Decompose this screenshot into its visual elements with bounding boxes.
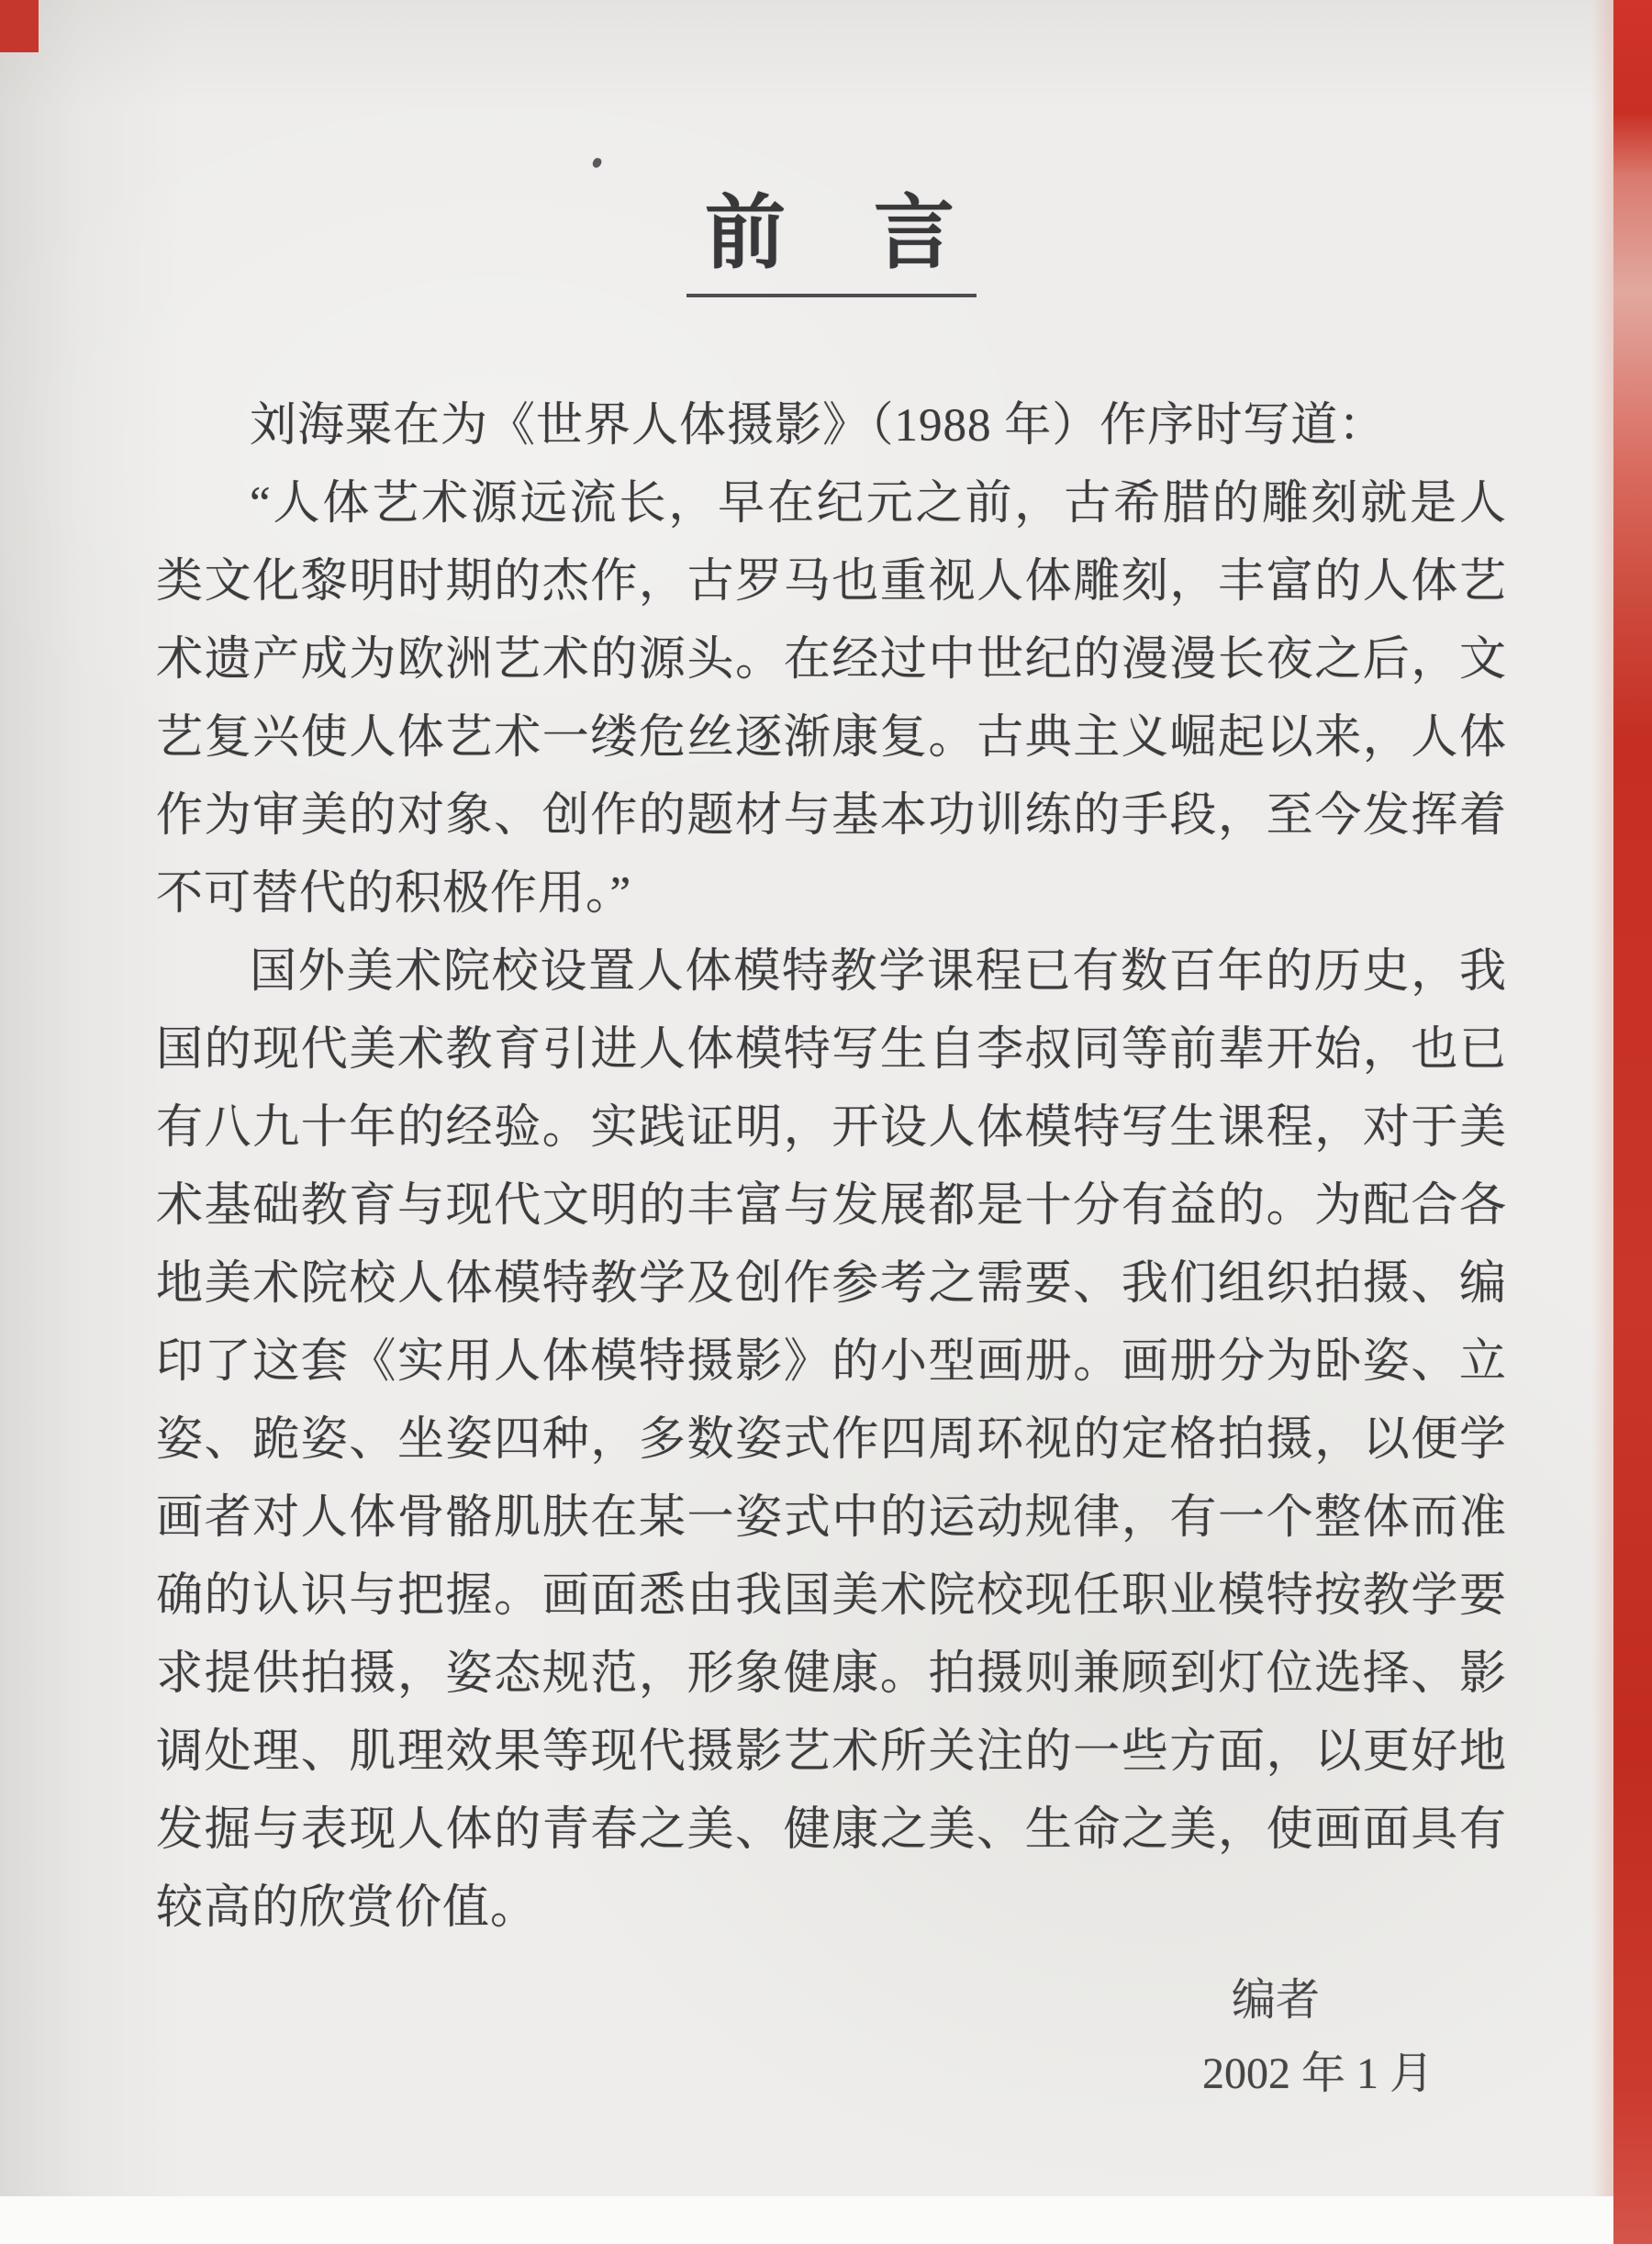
page-title-text: 前 言	[686, 193, 977, 297]
signature-author: 编者	[1202, 1964, 1434, 2037]
paragraph-main: 国外美术院校设置人体模特教学课程已有数百年的历史，我国的现代美术教育引进人体模特…	[156, 933, 1507, 1948]
signature-date: 2002 年 1 月	[1202, 2037, 1434, 2111]
paragraph-intro: 刘海粟在为《世界人体摄影》（1988 年）作序时写道：	[156, 387, 1507, 465]
scan-artifact-right-edge-fade	[1591, 0, 1615, 2244]
signature-block: 编者 2002 年 1 月	[1202, 1964, 1434, 2111]
scan-artifact-right-stripe	[1613, 0, 1652, 2244]
preface-body: 刘海粟在为《世界人体摄影》（1988 年）作序时写道： “人体艺术源远流长，早在…	[156, 387, 1507, 1948]
scan-artifact-top-left	[0, 0, 39, 52]
page-title: 前 言	[156, 193, 1507, 297]
scanned-page: 前 言 刘海粟在为《世界人体摄影》（1988 年）作序时写道： “人体艺术源远流…	[0, 0, 1652, 2244]
page-content: 前 言 刘海粟在为《世界人体摄影》（1988 年）作序时写道： “人体艺术源远流…	[156, 136, 1507, 1948]
scan-bed-bottom	[0, 2196, 1613, 2244]
paragraph-quote: “人体艺术源远流长，早在纪元之前，古希腊的雕刻就是人类文化黎明时期的杰作，古罗马…	[156, 465, 1507, 933]
